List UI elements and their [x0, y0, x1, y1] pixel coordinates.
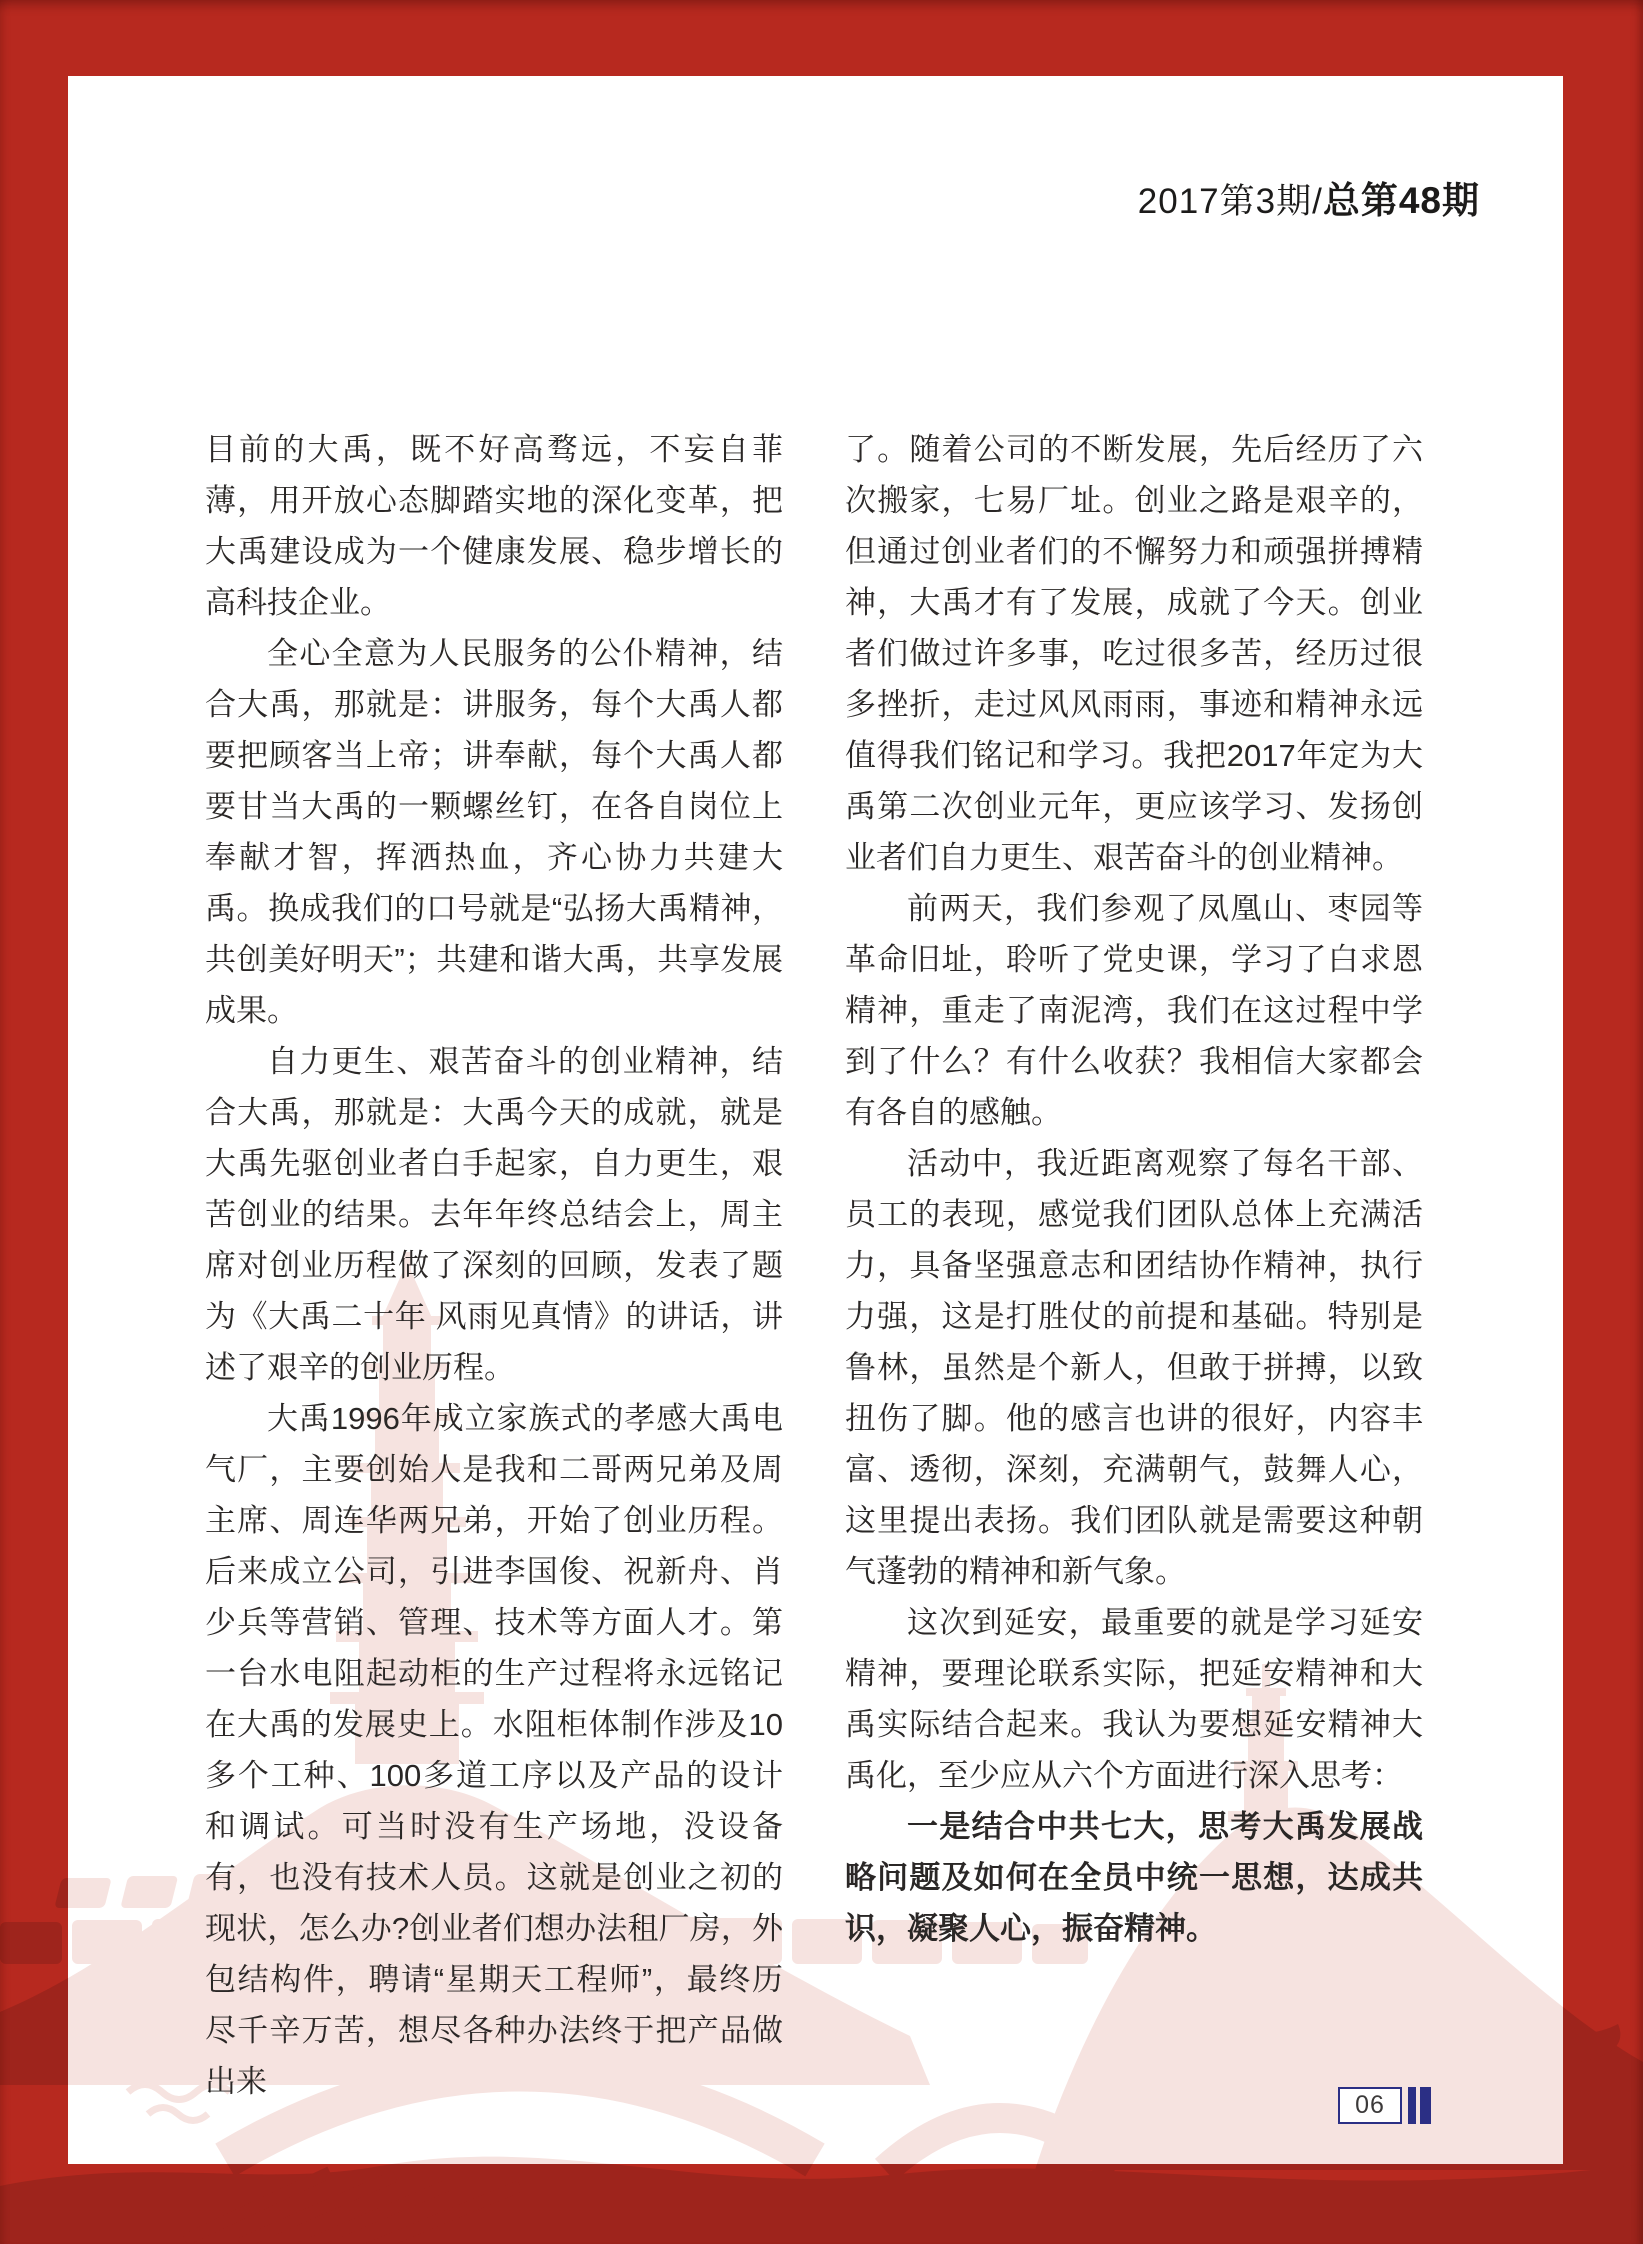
paragraph: 活动中，我近距离观察了每名干部、员工的表现，感觉我们团队总体上充满活力，具备坚强…: [845, 1138, 1423, 1597]
paragraph: 一是结合中共七大，思考大禹发展战略问题及如何在全员中统一思想，达成共识，凝聚人心…: [845, 1801, 1423, 1954]
paragraph: 全心全意为人民服务的公仆精神，结合大禹，那就是：讲服务，每个大禹人都要把顾客当上…: [205, 628, 783, 1036]
page-number-bar-thin-icon: [1408, 2087, 1416, 2124]
article-right-column: 了。随着公司的不断发展，先后经历了六次搬家，七易厂址。创业之路是艰辛的，但通过创…: [845, 424, 1423, 1954]
page-content-area: 2017第3期/总第48期 目前的大禹，既不好高骛远，不妄自菲薄，用开放心态脚踏…: [68, 76, 1563, 2164]
paragraph: 大禹1996年成立家族式的孝感大禹电气厂，主要创始人是我和二哥两兄弟及周主席、周…: [205, 1393, 783, 2107]
page-number-bar-thick-icon: [1420, 2087, 1431, 2124]
issue-total-number: 总第48期: [1323, 180, 1480, 221]
paragraph: 前两天，我们参观了凤凰山、枣园等革命旧址，聆听了党史课，学习了白求恩精神，重走了…: [845, 883, 1423, 1138]
page-number-box: 06: [1338, 2087, 1402, 2124]
paragraph: 目前的大禹，既不好高骛远，不妄自菲薄，用开放心态脚踏实地的深化变革，把大禹建设成…: [205, 424, 783, 628]
issue-number: 2017第3期/: [1138, 182, 1323, 221]
magazine-page: 2017第3期/总第48期 目前的大禹，既不好高骛远，不妄自菲薄，用开放心态脚踏…: [0, 0, 1643, 2244]
page-number: 06: [1355, 2091, 1385, 2120]
paragraph: 自力更生、艰苦奋斗的创业精神，结合大禹，那就是：大禹今天的成就，就是大禹先驱创业…: [205, 1036, 783, 1393]
article-left-column: 目前的大禹，既不好高骛远，不妄自菲薄，用开放心态脚踏实地的深化变革，把大禹建设成…: [205, 424, 783, 2107]
paragraph: 这次到延安，最重要的就是学习延安精神，要理论联系实际，把延安精神和大禹实际结合起…: [845, 1597, 1423, 1801]
issue-header: 2017第3期/总第48期: [1138, 170, 1480, 224]
paragraph: 了。随着公司的不断发展，先后经历了六次搬家，七易厂址。创业之路是艰辛的，但通过创…: [845, 424, 1423, 883]
